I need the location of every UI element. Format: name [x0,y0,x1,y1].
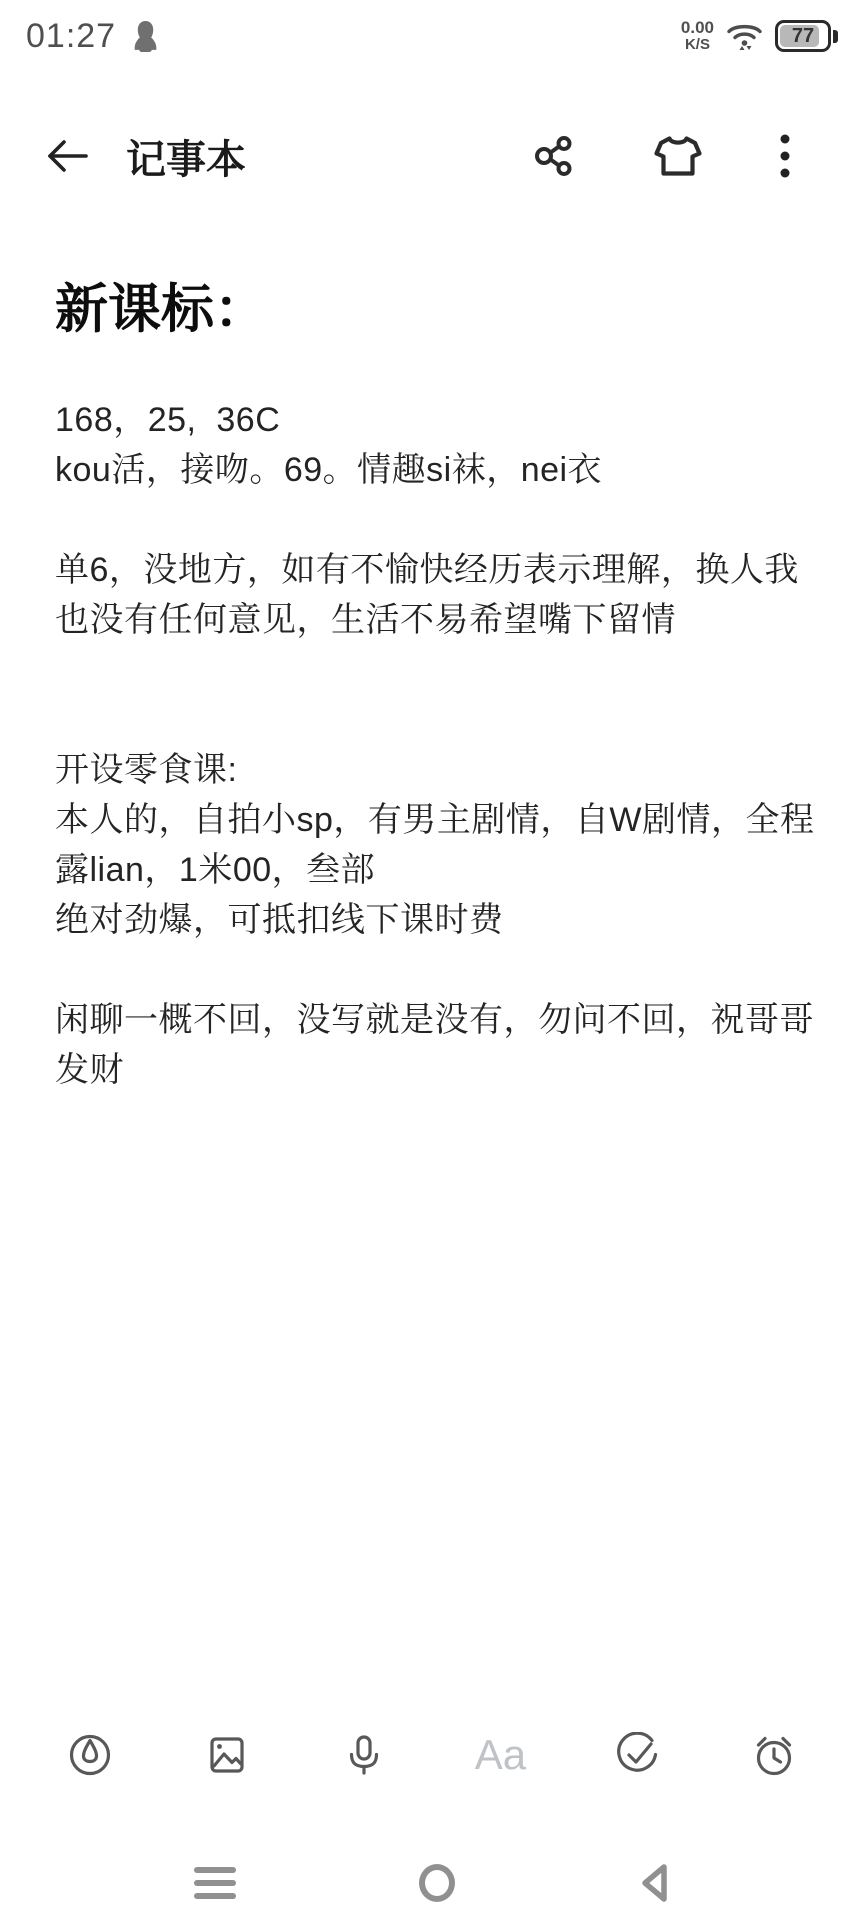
note-toolbar: Aa [0,1712,864,1798]
theme-skin-button[interactable] [652,130,704,182]
note-line[interactable]: 单6，没地方，如有不愉快经历表示理解，换人我 [55,545,811,595]
voice-input-button[interactable] [340,1731,388,1779]
wifi-icon [726,20,763,52]
note-line[interactable]: 也没有任何意见，生活不易希望嘴下留情 [55,595,811,645]
note-editor[interactable]: 新课标： 168，25, 36C kou活，接吻。69。情趣si袜，nei衣 单… [55,275,811,1095]
note-line[interactable]: 开设零食课: [55,745,811,795]
recents-menu-button[interactable] [194,1867,236,1899]
share-button[interactable] [532,134,576,178]
text-format-button[interactable]: Aa [476,1731,524,1779]
app-header: 记事本 [0,96,864,216]
network-speed: 0.00 K/S [681,19,714,53]
note-line[interactable] [55,695,811,745]
todo-check-button[interactable] [613,1731,661,1779]
page-title: 记事本 [126,128,246,185]
note-line[interactable]: kou活，接吻。69。情趣si袜，nei衣 [55,445,811,495]
system-navbar [0,1845,864,1920]
battery-percent: 77 [792,25,814,48]
more-menu-button[interactable] [780,133,790,179]
qq-penguin-notification-icon [132,20,159,53]
home-button[interactable] [419,1864,455,1902]
note-body[interactable]: 168，25, 36C kou活，接吻。69。情趣si袜，nei衣 单6，没地方… [55,395,811,1095]
note-line[interactable]: 发财 [55,1045,811,1095]
status-bar: 01:27 0.00 K/S 77 [0,0,864,72]
note-line[interactable]: 绝对劲爆，可抵扣线下课时费 [55,895,811,945]
note-line[interactable] [55,645,811,695]
nav-back-button[interactable] [638,1862,670,1904]
note-line[interactable]: 闲聊一概不回，没写就是没有，勿问不回，祝哥哥 [55,995,811,1045]
note-line[interactable]: 本人的，自拍小sp，有男主剧情，自W剧情，全程 [55,795,811,845]
note-line[interactable] [55,945,811,995]
clock-time: 01:27 [26,17,116,56]
insert-image-button[interactable] [203,1731,251,1779]
text-format-label: Aa [475,1731,526,1779]
note-line[interactable] [55,495,811,545]
note-title[interactable]: 新课标： [55,275,811,345]
doodle-pen-button[interactable] [66,1731,114,1779]
note-line[interactable]: 168，25, 36C [55,395,811,445]
battery-indicator: 77 [775,20,838,52]
note-line[interactable]: 露lian，1米00，叁部 [55,845,811,895]
battery-icon: 77 [775,20,831,52]
reminder-alarm-button[interactable] [750,1731,798,1779]
back-button[interactable] [44,138,90,174]
